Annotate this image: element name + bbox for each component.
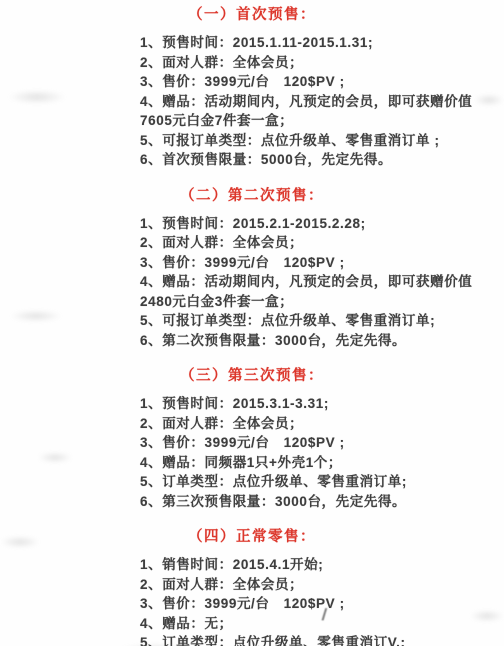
detail-line: 6、第二次预售限量：3000台，先定先得。 [0, 331, 504, 351]
detail-line: 6、第三次预售限量：3000台，先定先得。 [0, 492, 504, 512]
section-heading: （二）第二次预售： [0, 187, 504, 205]
detail-line: 5、订单类型：点位升级单、零售重消订V.; [0, 633, 504, 646]
detail-line: 1、预售时间：2015.1.11-2015.1.31; [0, 33, 504, 53]
detail-line-wrap: 7605元白金7件套一盒； [0, 111, 504, 131]
detail-line: 3、售价：3999元/台 120$PV ; [0, 72, 504, 92]
detail-line: 4、赠品：活动期间内，凡预定的会员，即可获赠价值 [0, 272, 504, 292]
detail-line: 4、赠品：活动期间内，凡预定的会员，即可获赠价值 [0, 92, 504, 112]
section-first-presale: （一）首次预售： 1、预售时间：2015.1.11-2015.1.31; 2、面… [0, 6, 504, 170]
promo-document: （一）首次预售： 1、预售时间：2015.1.11-2015.1.31; 2、面… [0, 6, 504, 646]
detail-line: 3、售价：3999元/台 120$PV ; [0, 253, 504, 273]
detail-line: 3、售价：3999元/台 120$PV ; [0, 594, 504, 614]
detail-line: 1、预售时间：2015.2.1-2015.2.28; [0, 214, 504, 234]
detail-line: 1、预售时间：2015.3.1-3.31; [0, 394, 504, 414]
detail-line: 5、可报订单类型：点位升级单、零售重消订单; [0, 311, 504, 331]
detail-line: 2、面对人群：全体会员； [0, 575, 504, 595]
detail-line: 3、售价：3999元/台 120$PV ; [0, 433, 504, 453]
detail-line: 2、面对人群：全体会员； [0, 233, 504, 253]
detail-line: 6、首次预售限量：5000台，先定先得。 [0, 150, 504, 170]
detail-line: 5、订单类型：点位升级单、零售重消订单; [0, 472, 504, 492]
detail-line: 5、可报订单类型：点位升级单、零售重消订单 ; [0, 131, 504, 151]
section-third-presale: （三）第三次预售： 1、预售时间：2015.3.1-3.31; 2、面对人群：全… [0, 367, 504, 511]
detail-line: 2、面对人群：全体会员； [0, 414, 504, 434]
section-heading: （一）首次预售： [0, 6, 504, 24]
section-heading: （四）正常零售： [0, 528, 504, 546]
detail-line: 2、面对人群：全体会员； [0, 53, 504, 73]
section-second-presale: （二）第二次预售： 1、预售时间：2015.2.1-2015.2.28; 2、面… [0, 187, 504, 351]
section-normal-retail: （四）正常零售： 1、销售时间：2015.4.1开始; 2、面对人群：全体会员；… [0, 528, 504, 646]
detail-line-wrap: 2480元白金3件套一盒； [0, 292, 504, 312]
detail-line: 4、赠品：无； [0, 614, 504, 634]
detail-line: 1、销售时间：2015.4.1开始; [0, 555, 504, 575]
detail-line: 4、赠品：同频器1只+外壳1个； [0, 453, 504, 473]
section-heading: （三）第三次预售： [0, 367, 504, 385]
